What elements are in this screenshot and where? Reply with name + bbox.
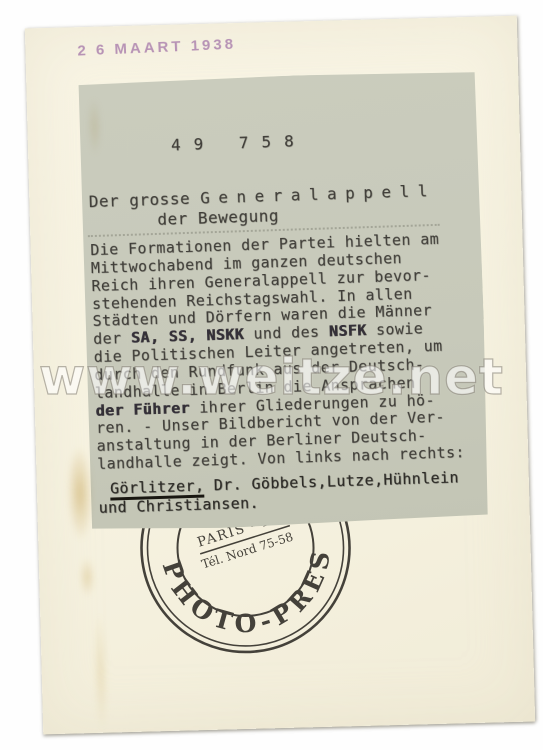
- photo-paper: 2 6 MAART 1938 PHOTO-PRESS 12, Rue de PA…: [25, 16, 535, 735]
- caption-slip: 49 758 Der grosse Generalappell der Bewe…: [77, 70, 490, 533]
- date-stamp: 2 6 MAART 1938: [77, 36, 236, 60]
- paper-stain: [92, 612, 109, 732]
- scanned-photo-back: 2 6 MAART 1938 PHOTO-PRESS 12, Rue de PA…: [0, 0, 543, 750]
- catalog-number: 49 758: [171, 131, 307, 154]
- title-spaced-word: Generalappell: [200, 181, 436, 208]
- caption-names: Görlitzer, Dr. Göbbels,Lutze,Hühnleinund…: [98, 468, 460, 517]
- typed-segment: NSFK: [329, 321, 367, 340]
- caption-body: Die Formationen der Partei hielten amMit…: [90, 230, 465, 474]
- title-prefix: Der grosse: [88, 189, 200, 212]
- paper-stain: [79, 557, 96, 597]
- typed-segment: der: [93, 329, 131, 348]
- typed-segment: sowie: [366, 320, 423, 340]
- caption-title-line2: der Bewegung: [157, 206, 279, 229]
- typed-segment: und Christiansen.: [98, 493, 259, 516]
